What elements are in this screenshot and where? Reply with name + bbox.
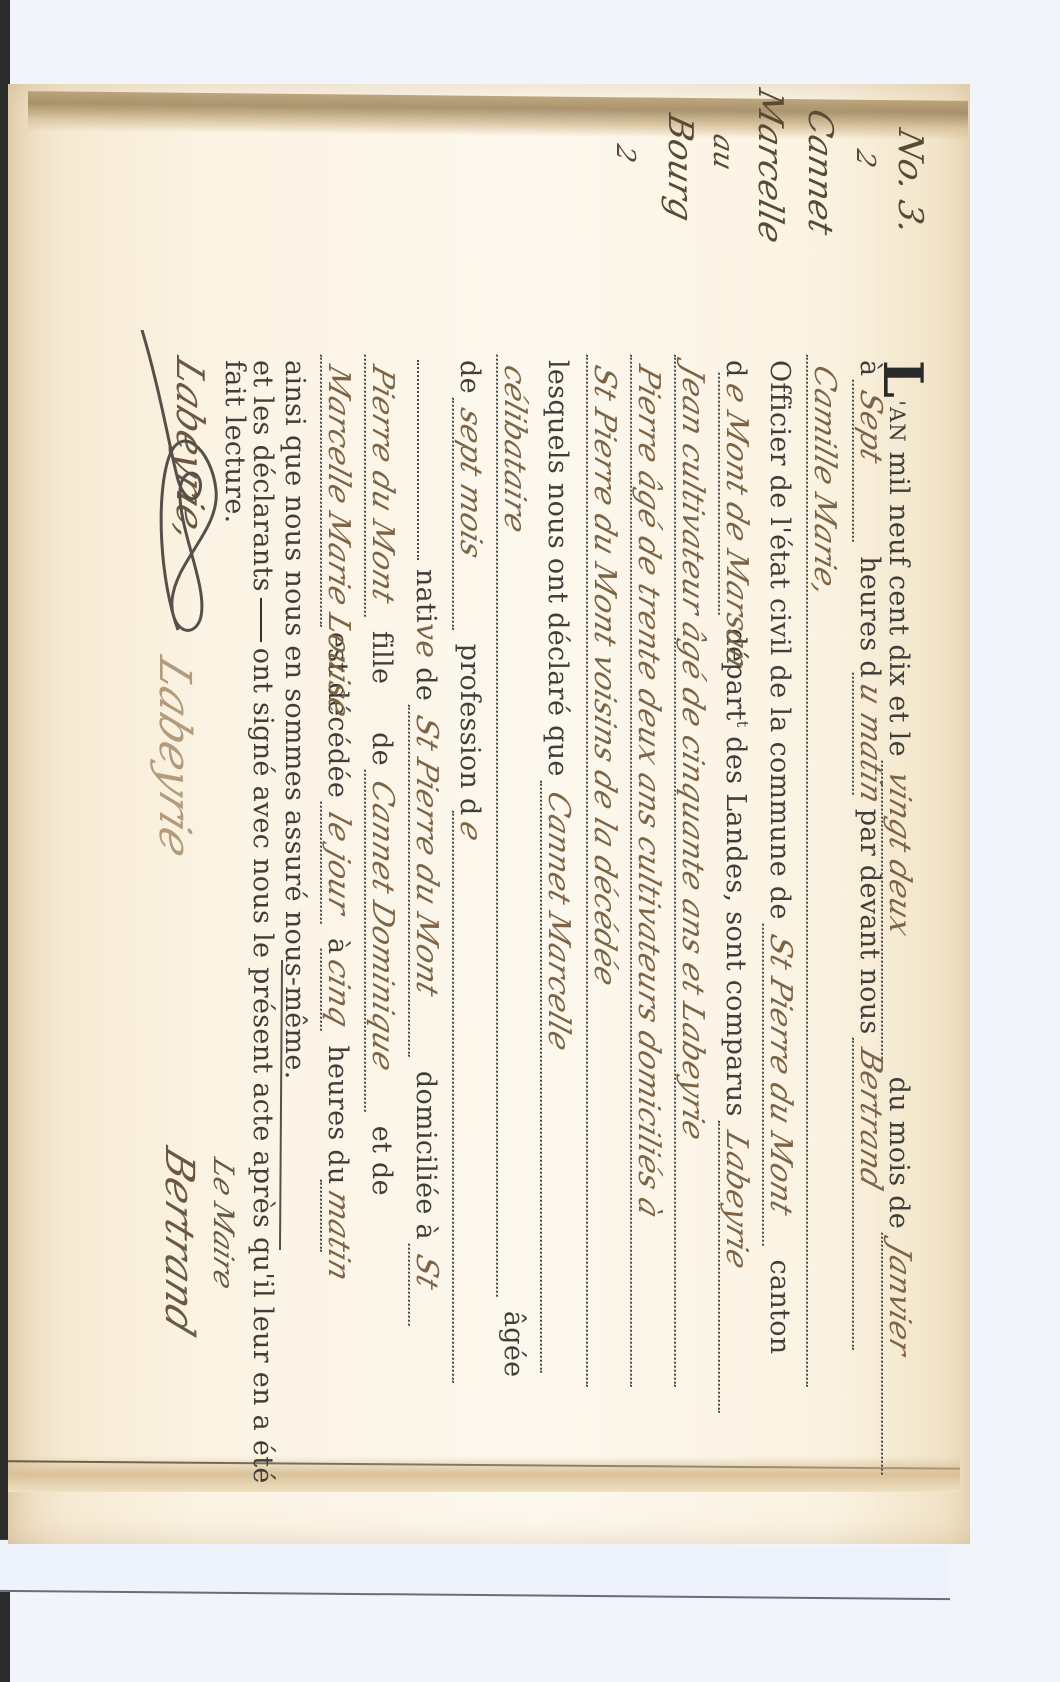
form-line-10: célibataire âgée	[497, 360, 531, 1377]
form-line-15: ainsi que nous nous en sommes assuré nou…	[279, 360, 310, 1080]
deceased-status-field: célibataire	[497, 355, 531, 1308]
mother-field: Marcelle Marie Louise	[321, 355, 355, 638]
form-line-9: lesquels nous ont déclaré que Cannet Mar…	[541, 360, 575, 1378]
form-line-6: Jean cultivateur âgé de cinquante ans et…	[675, 360, 709, 1392]
officer-title: Le Maire	[207, 1153, 240, 1295]
death-record: No. 3. 2 Cannet Marcelle au Bourg 2 L'AN…	[170, 360, 930, 1420]
profession-field: e	[453, 810, 487, 1393]
signature-declarant-2: Labeyrie	[149, 650, 200, 866]
canton-field: e Mont de Marsan	[719, 372, 753, 625]
period-field: u matin	[853, 673, 887, 806]
margin-place: Bourg	[660, 110, 700, 225]
declarant-details-3: St Pierre du Mont voisins de la décédée	[587, 355, 621, 1398]
commune-field: St Pierre du Mont	[763, 923, 797, 1256]
deceased-name-field: Cannet Marcelle	[541, 780, 575, 1383]
form-line-12: native de St Pierre du Mont domiciliée à…	[409, 360, 443, 1331]
hour-field: Sept	[853, 380, 887, 553]
form-line-14: Marcelle Marie Louiseest décédée le jour…	[321, 360, 355, 1257]
death-period-field: matin	[321, 1179, 355, 1262]
month-field: Janvier	[882, 1233, 916, 1486]
record-number: No. 3.	[890, 125, 930, 239]
form-line-2: à Sept heures du matin par devant nous B…	[853, 360, 887, 1355]
signature-officer: Bertrand	[156, 1141, 202, 1342]
death-hour-field: cinq	[321, 949, 355, 1042]
form-line-13: Pierre du Mont fille de Cannet Dominique…	[365, 360, 399, 1196]
scanner-underlay	[0, 1540, 950, 1600]
form-line-11: de sept mois profession de	[453, 360, 487, 1388]
form-line-5: de Mont de Marsan départt des Landes, so…	[719, 360, 753, 1418]
declarant-field: Labeyrie	[719, 1120, 753, 1423]
form-line-3: Camille Marie,	[807, 360, 841, 1392]
declarant-details-2: Pierre âgé de trente deux ans cultivateu…	[631, 355, 665, 1398]
form-line-16: et les déclarantsont signé avec nous le …	[247, 360, 278, 1484]
death-date-field: le jour	[321, 802, 355, 935]
form-line-7: Pierre âgé de trente deux ans cultivateu…	[631, 360, 665, 1392]
form-line-4: Officier de l'état civil de la commune d…	[763, 360, 797, 1354]
birthplace-field: St Pierre du Mont	[409, 705, 443, 1068]
domicile-cont-field: Pierre du Mont	[365, 355, 399, 628]
margin-firstname: Marcelle	[750, 85, 790, 247]
domicile-field: St	[409, 1243, 443, 1336]
father-field: Cannet Dominique	[365, 769, 399, 1122]
officer-name-cont: Camille Marie,	[807, 355, 841, 1398]
page-stain	[8, 1456, 960, 1492]
paraph-flourish-icon	[130, 330, 240, 650]
officer-field: Bertrand	[853, 1038, 887, 1361]
margin-surname: Cannet	[800, 105, 840, 239]
form-line-8: St Pierre du Mont voisins de la décédée	[587, 360, 621, 1392]
declarant-details-1: Jean cultivateur âgé de cinquante ans et…	[675, 355, 709, 1398]
age-field: sept mois	[453, 397, 487, 640]
